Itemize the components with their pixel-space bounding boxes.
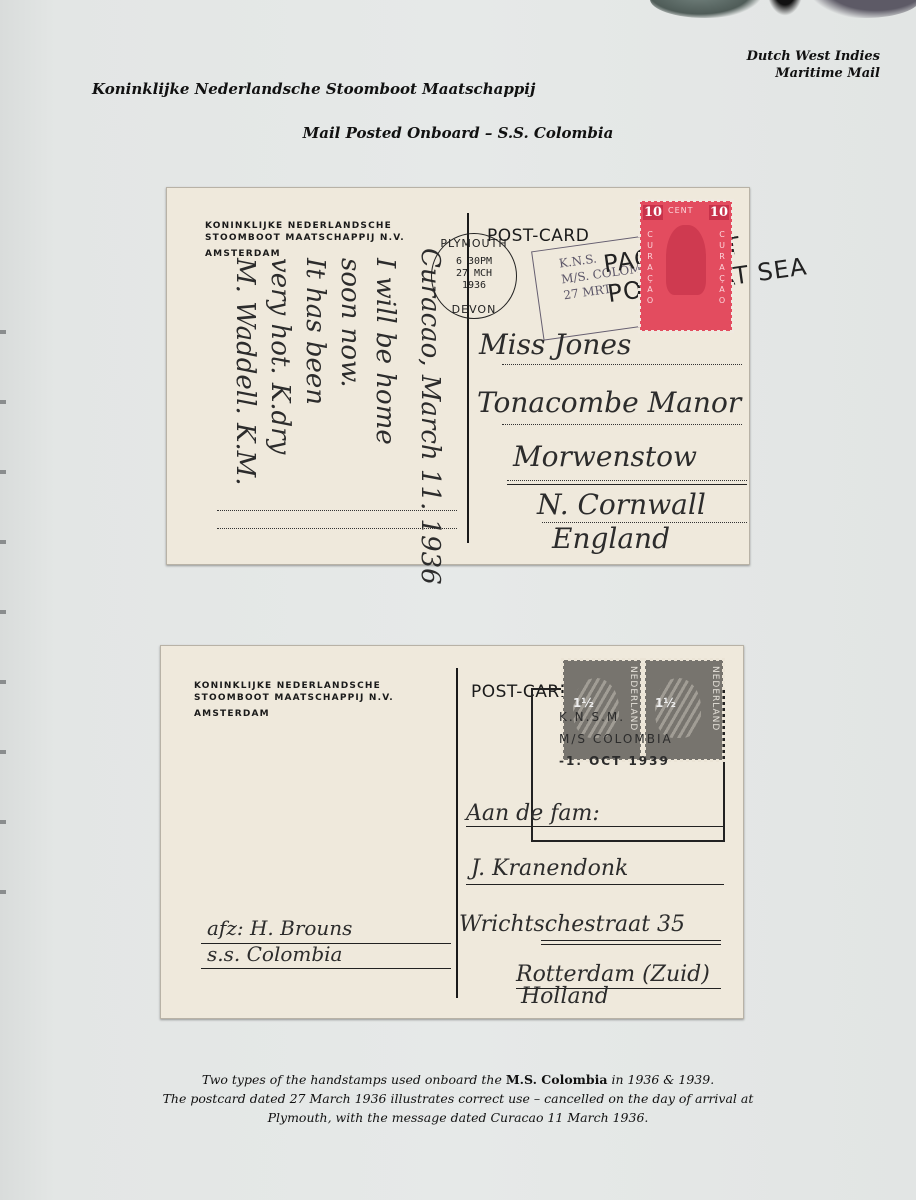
caption-line-1: Two types of the handstamps used onboard… xyxy=(0,1070,916,1089)
stamp-value: 10 xyxy=(643,205,663,220)
sender-line: afz: H. Brouns xyxy=(207,916,352,940)
ink-blot-decoration xyxy=(810,0,916,18)
stamp-unit: CENT xyxy=(668,206,694,215)
address-rule xyxy=(502,424,742,425)
company-line-1: KONINKLIJKE NEDERLANDSCHE xyxy=(205,221,392,231)
company-line-2: STOOMBOOT MAATSCHAPPIJ N.V. xyxy=(205,233,405,243)
postmark-datetime: 6 30PM 27 MCH 1936 xyxy=(432,256,516,292)
address-rule xyxy=(541,944,721,945)
message-line: I will be home xyxy=(370,258,400,445)
postcard-1939: KONINKLIJKE NEDERLANDSCHE STOOMBOOT MAAT… xyxy=(160,645,744,1019)
message-line: very hot. K.dry xyxy=(265,258,295,454)
stamp-value: 1½ xyxy=(573,696,594,710)
address-line: Aan de fam: xyxy=(466,801,600,826)
company-line-2: STOOMBOOT MAATSCHAPPIJ N.V. xyxy=(194,693,394,703)
stamp-country: NEDERLAND xyxy=(628,666,638,731)
collection-line-1: Dutch West Indies xyxy=(747,48,880,65)
netherlands-stamp: 1½ NEDERLAND xyxy=(563,660,641,760)
ship-name: M.S. Colombia xyxy=(506,1072,608,1087)
plymouth-postmark: PLYMOUTH 6 30PM 27 MCH 1936 DEVON xyxy=(431,233,517,319)
page-subtitle: Mail Posted Onboard – S.S. Colombia xyxy=(0,124,916,142)
sender-line: s.s. Colombia xyxy=(207,942,342,966)
address-line: Miss Jones xyxy=(479,328,631,361)
stamp-country: CURAÇAO xyxy=(644,229,656,306)
stamp-country: CURAÇAO xyxy=(716,229,728,306)
stamp-value: 10 xyxy=(709,205,729,220)
address-line: J. Kranendonk xyxy=(471,856,628,881)
sender-rule xyxy=(201,968,451,969)
page-title: Koninklijke Nederlandsche Stoomboot Maat… xyxy=(92,80,535,98)
ink-blot-decoration xyxy=(765,0,805,18)
message-line: soon now. xyxy=(335,258,365,388)
company-city: AMSTERDAM xyxy=(194,708,394,720)
caption-line-2: The postcard dated 27 March 1936 illustr… xyxy=(0,1089,916,1108)
address-line: Morwenstow xyxy=(513,440,697,473)
queen-portrait-icon xyxy=(666,225,706,295)
writing-line xyxy=(217,528,457,529)
writing-line xyxy=(217,510,457,511)
address-line: Tonacombe Manor xyxy=(477,386,741,419)
postcard-1936: KONINKLIJKE NEDERLANDSCHE STOOMBOOT MAAT… xyxy=(166,187,750,565)
address-line: Holland xyxy=(521,984,609,1009)
message-line: M. Waddell. K.M. xyxy=(230,258,260,486)
caption-line-3: Plymouth, with the message dated Curacao… xyxy=(0,1108,916,1127)
address-rule xyxy=(507,480,747,481)
collection-heading: Dutch West Indies Maritime Mail xyxy=(747,48,880,82)
address-rule xyxy=(466,826,724,827)
collection-line-2: Maritime Mail xyxy=(747,65,880,82)
address-rule xyxy=(466,884,724,885)
company-line-1: KONINKLIJKE NEDERLANDSCHE xyxy=(194,681,381,691)
ink-blot-decoration xyxy=(650,0,760,18)
address-line: N. Cornwall xyxy=(537,488,706,521)
address-rule xyxy=(541,940,721,941)
card-divider xyxy=(456,668,458,998)
postmark-county: DEVON xyxy=(432,303,516,316)
address-rule xyxy=(507,484,747,485)
stamp-country: NEDERLAND xyxy=(710,666,720,731)
message-line: It has been xyxy=(300,258,330,405)
netherlands-stamp: 1½ NEDERLAND xyxy=(645,660,723,760)
postmark-town: PLYMOUTH xyxy=(432,237,516,250)
stamp-value: 1½ xyxy=(655,696,676,710)
curacao-stamp: 10 CENT 10 CURAÇAO CURAÇAO xyxy=(640,201,732,331)
handwritten-message: Curacao, March 11. 1936 I will be home s… xyxy=(175,248,465,548)
address-line: England xyxy=(552,522,670,555)
page-caption: Two types of the handstamps used onboard… xyxy=(0,1070,916,1127)
address-line: Wrichtschestraat 35 xyxy=(459,912,685,937)
company-imprint: KONINKLIJKE NEDERLANDSCHE STOOMBOOT MAAT… xyxy=(194,680,394,720)
address-rule xyxy=(502,364,742,365)
page-edge-marks xyxy=(0,300,6,950)
